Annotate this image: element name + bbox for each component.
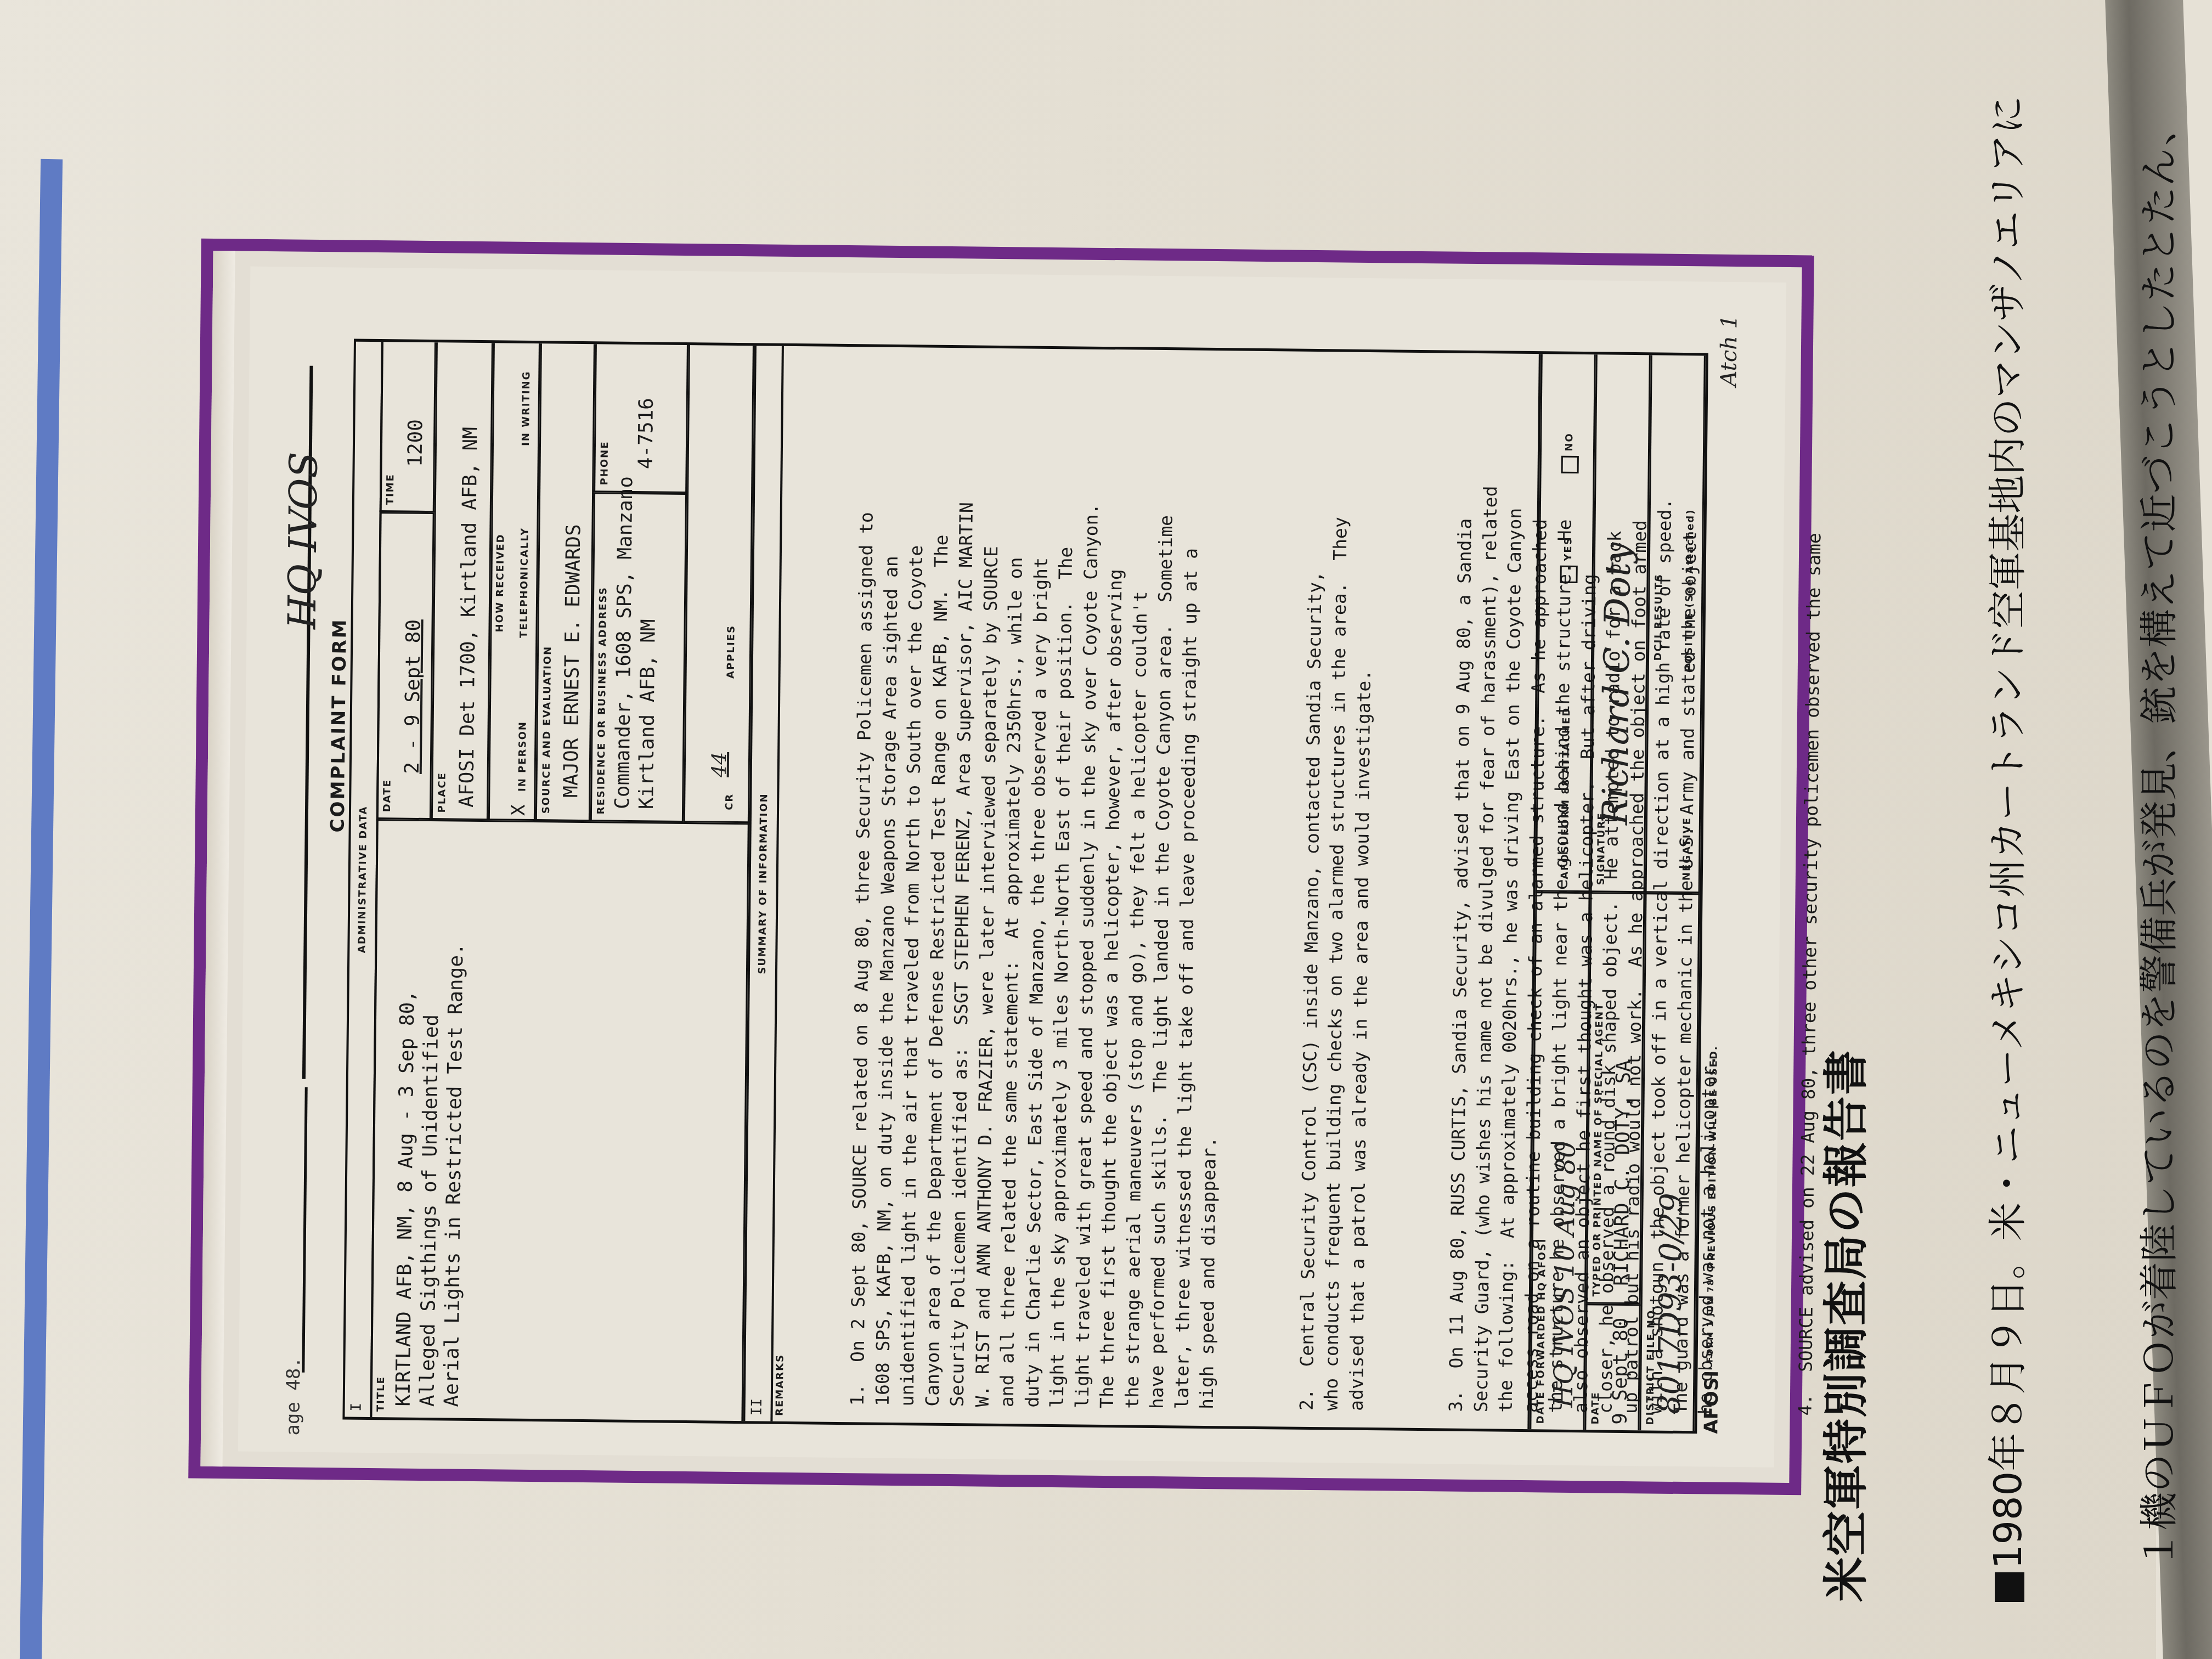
section-label: SUMMARY OF INFORMATION — [752, 346, 775, 1421]
field-label: DATE FORWARDED HQ AFOSI — [1534, 1238, 1548, 1424]
signature: Richard C. Doty — [1604, 543, 1630, 825]
source-value: MAJOR ERNEST E. EDWARDS — [559, 524, 586, 798]
handwritten-annotation: HQ IVOS — [279, 452, 326, 629]
caption-body: 1980年８月９日。米・ニューメキシコ州カートランド空軍基地内のマンザノエリアに… — [1882, 95, 2212, 1602]
field-label: AFOSI FORM 88 ATTACHED — [1559, 707, 1572, 879]
signature-cell: SIGNATURE Richard C. Doty — [1590, 354, 1651, 893]
form-id: AFOSI — [1700, 1370, 1723, 1434]
cr-value: 44 — [708, 752, 732, 777]
field-label: NEGATIVE — [1681, 817, 1693, 881]
time-cell: TIME 1200 — [380, 342, 436, 512]
address-cell: RESIDENCE OR BUSINESS ADDRESS Commander,… — [590, 492, 687, 822]
district-file-value: 8017D93-0/29 — [1658, 1193, 1684, 1414]
how-received-cell: HOW RECEIVED X IN PERSON TELEPHONICALLY … — [488, 343, 540, 821]
paragraph-1: 1. On 2 Sept 80, SOURCE related on 8 Aug… — [845, 363, 1230, 1409]
field-label: DATE — [381, 779, 393, 812]
field-label: PHONE — [599, 441, 611, 485]
field-label: TYPED OR PRINTED NAME OF SPECIAL AGENT — [1591, 1003, 1606, 1297]
field-label: DCII RESULTS — [1652, 573, 1665, 661]
place-value: AFOSI Det 1700, Kirtland AFB, NM — [455, 427, 483, 808]
caption-line-2: １機のＵＦＯが着陸しているのを警備兵が発見、銃を構えて近づこうとしたとたん、 — [2134, 95, 2185, 1602]
no-checkbox[interactable] — [1561, 456, 1579, 473]
in-person-checkmark: X — [506, 804, 531, 816]
afosi-form-attached-cell: AFOSI FORM 88 ATTACHED YES NO — [1536, 354, 1596, 892]
source-cell: SOURCE AND EVALUATION MAJOR ERNEST E. ED… — [535, 343, 595, 821]
square-bullet-icon — [1995, 1572, 2024, 1602]
field-label: SOURCE AND EVALUATION — [540, 646, 554, 814]
address-value: Commander, 1608 SPS, Manzano Kirtland AF… — [611, 476, 662, 810]
place-cell: PLACE AFOSI Det 1700, Kirtland AFB, NM — [431, 342, 493, 820]
form-number: FORM 1 JUN 78 — [1705, 1279, 1716, 1363]
attachment-note: Atch 1 — [1716, 315, 1742, 387]
field-label: TITLE — [375, 1376, 387, 1412]
field-label: YES — [1562, 537, 1574, 561]
remarks-label: REMARKS — [774, 1354, 786, 1416]
title-value: KIRTLAND AFB, NM, 8 Aug - 3 Sep 80, Alle… — [392, 943, 469, 1407]
form-footer: DATE FORWARDED HQ AFOSI HQ IVOS 10 Aug 8… — [1527, 354, 1706, 1431]
date-cell: DATE 2 - 9 Sept 80 — [376, 512, 435, 820]
date-cell: DATE 9 Sept 80 — [1584, 1304, 1640, 1430]
time-value: 1200 — [404, 419, 428, 467]
date-value: 2 - 9 Sept 80 — [400, 619, 426, 774]
field-label: PLACE — [436, 772, 448, 812]
date-forwarded-cell: DATE FORWARDED HQ AFOSI HQ IVOS 10 Aug 8… — [1530, 891, 1590, 1430]
cr-cell: CR 44 APPLIES — [684, 345, 754, 823]
typed-name-cell: TYPED OR PRINTED NAME OF SPECIAL AGENT R… — [1586, 892, 1645, 1304]
complaint-form-document: age 48. COMPLAINT FORM HQ IVOS I ADMINIS… — [238, 267, 1786, 1468]
title-cell: TITLE KIRTLAND AFB, NM, 8 Aug - 3 Sep 80… — [370, 819, 749, 1421]
field-label: APPLIES — [725, 625, 737, 679]
document-holder: age 48. COMPLAINT FORM HQ IVOS I ADMINIS… — [233, 267, 1792, 1468]
phone-cell: PHONE 4-7516 — [594, 344, 689, 493]
yes-checkbox[interactable] — [1560, 566, 1577, 583]
field-label: DATE — [1589, 1391, 1601, 1424]
japanese-caption: 米空軍特別調査局の報告書 1980年８月９日。米・ニューメキシコ州カートランド空… — [1805, 269, 2063, 1602]
rule-line — [302, 1087, 307, 1373]
caption-line-1: 1980年８月９日。米・ニューメキシコ州カートランド空軍基地内のマンザノエリアに — [1983, 95, 2033, 1602]
phone-value: 4-7516 — [634, 398, 659, 470]
document-frame: age 48. COMPLAINT FORM HQ IVOS I ADMINIS… — [188, 239, 1814, 1496]
field-label: IN PERSON — [516, 721, 528, 792]
field-label: RESIDENCE OR BUSINESS ADDRESS — [595, 586, 609, 814]
form-title: COMPLAINT FORM — [327, 618, 351, 832]
section-label: ADMINISTRATIVE DATA — [351, 342, 374, 1417]
field-label: IN WRITING — [520, 371, 532, 446]
district-file-cell: DISTRICT FILE NO. 8017D93-0/29 — [1639, 893, 1700, 1431]
field-label: CR — [724, 793, 735, 810]
caption-text: 1980年８月９日。米・ニューメキシコ州カートランド空軍基地内のマンザノエリアに — [1985, 95, 2030, 1569]
previous-edition-note: PREVIOUS EDITION WILL BE USED. — [1706, 1045, 1719, 1269]
field-label: HOW RECEIVED — [494, 533, 506, 632]
field-label: TIME — [385, 473, 397, 505]
remarks-body: 1. On 2 Sept 80, SOURCE related on 8 Aug… — [795, 363, 1903, 1417]
date-value: 9 Sept 80 — [1608, 1318, 1633, 1425]
caption-title: 米空軍特別調査局の報告書 — [1810, 1049, 1875, 1602]
dcii-results-cell: DCII RESULTS NEGATIVE POSITIVE (See Atta… — [1645, 355, 1706, 893]
paragraph-2: 2. Central Security Control (CSC) inside… — [1294, 368, 1379, 1411]
typed-name-value: RICHARD C. DOTY, SA — [1610, 1060, 1636, 1286]
field-label: TELEPHONICALLY — [518, 527, 531, 638]
field-label: NO — [1564, 432, 1575, 452]
date-forwarded-value: HQ IVOS 10 Aug 80 — [1551, 1141, 1578, 1408]
field-label: POSITIVE (See Attached) — [1683, 509, 1696, 672]
form-body: I ADMINISTRATIVE DATA TITLE KIRTLAND AFB… — [342, 339, 1708, 1434]
